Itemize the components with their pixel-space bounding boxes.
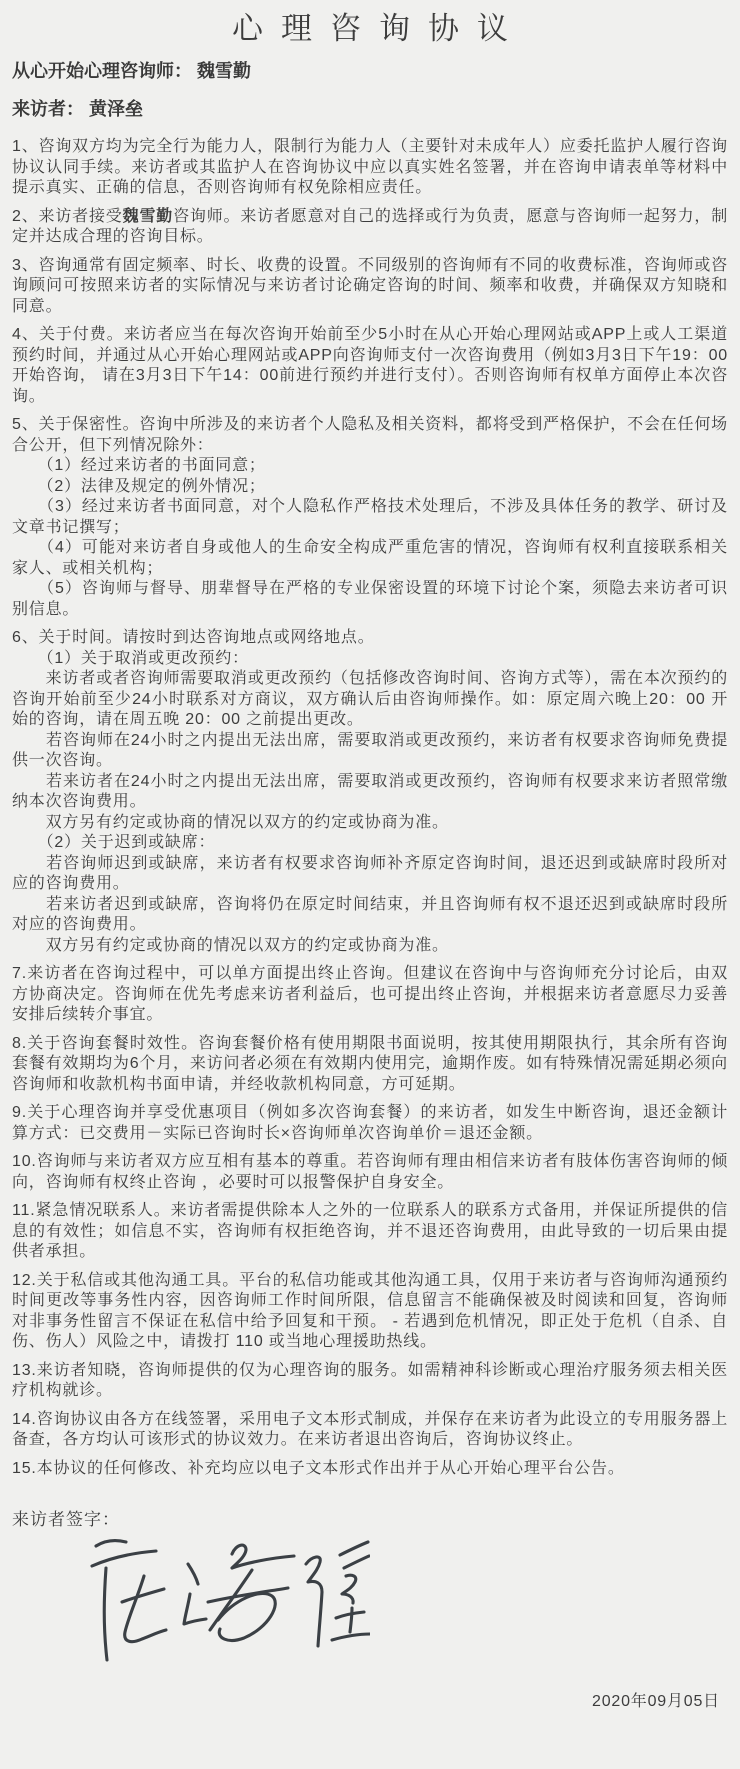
clause-5-main: 5、关于保密性。咨询中所涉及的来访者个人隐私及相关资料，都将受到严格保护，不会在… [12, 416, 728, 454]
clause-6: 6、关于时间。请按时到达咨询地点或网络地点。 （1）关于取消或更改预约： 来访者… [12, 628, 728, 956]
clause-6-item-3: 若咨询师在24小时之内提出无法出席，需要取消或更改预约，来访者有权要求咨询师免费… [12, 731, 728, 772]
clause-4: 4、关于付费。来访者应当在每次咨询开始前至少5小时在从心开始心理网站或APP上或… [12, 325, 728, 407]
clause-6-item-7: 若咨询师迟到或缺席，来访者有权要求咨询师补齐原定咨询时间，退还迟到或缺席时段所对… [12, 854, 728, 895]
client-line: 来访者： 黄泽垒 [12, 97, 728, 121]
clause-6-item-5: 双方另有约定或协商的情况以双方的约定或协商为准。 [12, 813, 728, 834]
clause-5: 5、关于保密性。咨询中所涉及的来访者个人隐私及相关资料，都将受到严格保护，不会在… [12, 415, 728, 620]
clause-15: 15.本协议的任何修改、补充均应以电子文本形式作出并于从心开始心理平台公告。 [12, 1459, 728, 1480]
clause-5-item-2: （2）法律及规定的例外情况； [12, 477, 728, 498]
clause-10: 10.咨询师与来访者双方应互相有基本的尊重。若咨询师有理由相信来访者有肢体伤害咨… [12, 1152, 728, 1193]
signature-strokes-svg [84, 1536, 370, 1666]
client-signature-drawing [84, 1536, 370, 1666]
clause-6-main: 6、关于时间。请按时到达咨询地点或网络地点。 [12, 629, 375, 646]
clause-3: 3、咨询通常有固定频率、时长、收费的设置。不同级别的咨询师有不同的收费标准，咨询… [12, 256, 728, 318]
signing-date: 2020年09月05日 [592, 1688, 720, 1711]
clause-5-item-4: （4）可能对来访者自身或他人的生命安全构成严重危害的情况，咨询师有权利直接联系相… [12, 538, 728, 579]
clause-8: 8.关于咨询套餐时效性。咨询套餐价格有使用期限书面说明，按其使用期限执行，其余所… [12, 1034, 728, 1096]
clause-6-item-1: （1）关于取消或更改预约： [12, 649, 728, 670]
clause-6-item-9: 双方另有约定或协商的情况以双方的约定或协商为准。 [12, 936, 728, 957]
clause-13: 13.来访者知晓，咨询师提供的仅为心理咨询的服务。如需精神科诊断或心理治疗服务须… [12, 1361, 728, 1402]
clause-6-item-6: （2）关于迟到或缺席： [12, 833, 728, 854]
clause-5-item-5: （5）咨询师与督导、朋辈督导在严格的专业保密设置的环境下讨论个案，须隐去来访者可… [12, 579, 728, 620]
counselor-line: 从心开始心理咨询师： 魏雪勤 [12, 59, 728, 83]
clause-6-item-2: 来访者或者咨询师需要取消或更改预约（包括修改咨询时间、咨询方式等），需在本次预约… [12, 669, 728, 731]
page-title: 心理咨询协议 [12, 10, 728, 47]
clause-1: 1、咨询双方均为完全行为能力人，限制行为能力人（主要针对未成年人）应委托监护人履… [12, 137, 728, 199]
clause-7: 7.来访者在咨询过程中，可以单方面提出终止咨询。但建议在咨询中与咨询师充分讨论后… [12, 964, 728, 1026]
clause-12: 12.关于私信或其他沟通工具。平台的私信功能或其他沟通工具，仅用于来访者与咨询师… [12, 1271, 728, 1353]
clause-6-item-4: 若来访者在24小时之内提出无法出席，需要取消或更改预约，咨询师有权要求来访者照常… [12, 772, 728, 813]
clause-2: 2、来访者接受魏雪勤咨询师。来访者愿意对自己的选择或行为负责，愿意与咨询师一起努… [12, 207, 728, 248]
clause-5-item-1: （1）经过来访者的书面同意； [12, 456, 728, 477]
clause-5-item-3: （3）经过来访者书面同意，对个人隐私作严格技术处理后，不涉及具体任务的教学、研讨… [12, 497, 728, 538]
signature-label: 来访者签字： [12, 1505, 728, 1530]
clause-9: 9.关于心理咨询并享受优惠项目（例如多次咨询套餐）的来访者，如发生中断咨询，退还… [12, 1103, 728, 1144]
agreement-page: 心理咨询协议 从心开始心理咨询师： 魏雪勤 来访者： 黄泽垒 1、咨询双方均为完… [0, 0, 740, 1769]
counselor-name-bold: 魏雪勤 [123, 208, 173, 225]
clause-2-before: 2、来访者接受 [12, 208, 123, 225]
clause-6-item-8: 若来访者迟到或缺席，咨询将仍在原定时间结束，并且咨询师有权不退还迟到或缺席时段所… [12, 895, 728, 936]
clause-11: 11.紧急情况联系人。来访者需提供除本人之外的一位联系人的联系方式备用，并保证所… [12, 1201, 728, 1263]
clause-14: 14.咨询协议由各方在线签署，采用电子文本形式制成，并保存在来访者为此设立的专用… [12, 1410, 728, 1451]
agreement-content: 心理咨询协议 从心开始心理咨询师： 魏雪勤 来访者： 黄泽垒 1、咨询双方均为完… [0, 0, 740, 1530]
